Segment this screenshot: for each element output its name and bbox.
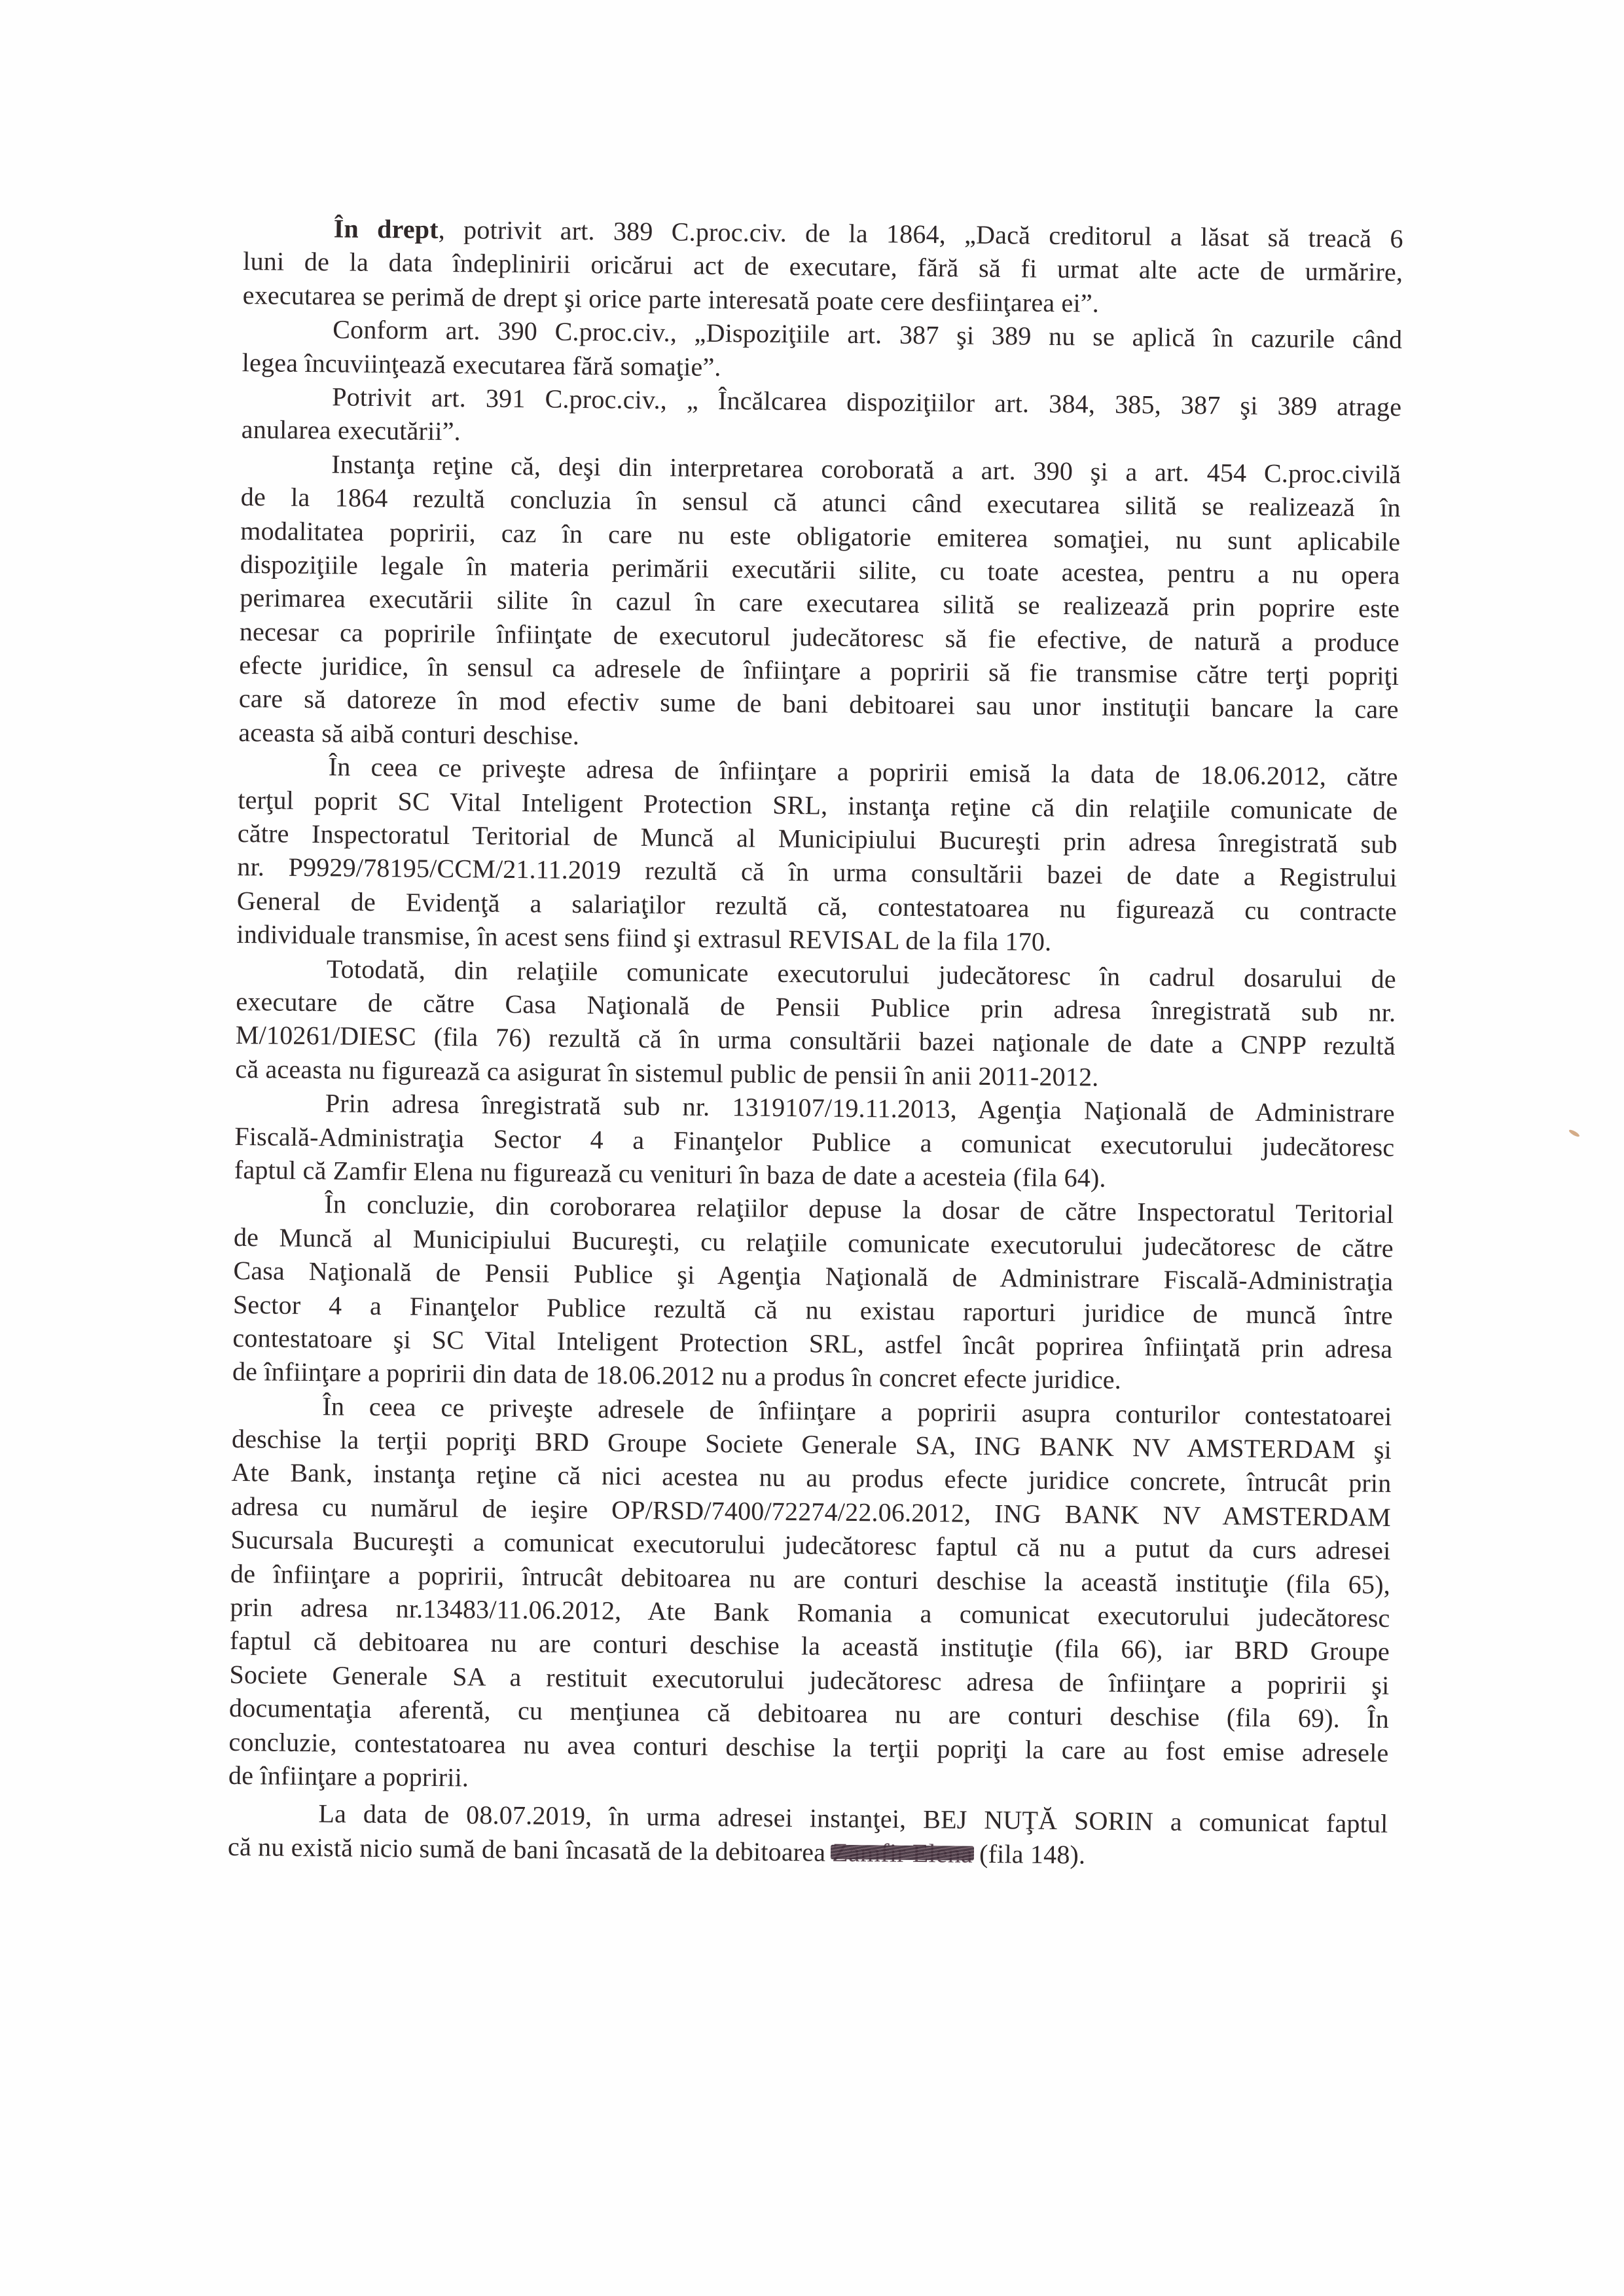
paragraph-adresa-18-06-2012: În ceea ce priveşte adresa de înfiinţare…	[236, 749, 1398, 962]
paragraph-concluzie-1: În concluzie, din coroborarea relaţiilor…	[232, 1186, 1394, 1399]
scanned-page: În drept, potrivit art. 389 C.proc.civ. …	[0, 0, 1624, 2296]
paragraph-anaf: Prin adresa înregistrată sub nr. 1319107…	[234, 1085, 1395, 1197]
paragraph-bej-nuta-sorin: La data de 08.07.2019, în urma adresei i…	[228, 1796, 1388, 1874]
paragraph-instanta-retine: Instanţa reţine că, deşi din interpretar…	[238, 446, 1401, 761]
document-body: În drept, potrivit art. 389 C.proc.civ. …	[228, 211, 1403, 1874]
paragraph-in-drept: În drept, potrivit art. 389 C.proc.civ. …	[243, 211, 1403, 323]
redacted-name: Zamfir Elena	[832, 1836, 973, 1870]
paragraph-art-390: Conform art. 390 C.proc.civ., „Dispoziţi…	[242, 312, 1403, 390]
scan-speck	[1568, 1129, 1581, 1138]
paragraph-conturi-banci: În ceea ce priveşte adresele de înfiinţa…	[228, 1389, 1392, 1804]
bold-lead: În drept	[334, 213, 439, 244]
paragraph-totodata-cnpp: Totodată, din relaţiile comunicate execu…	[235, 951, 1396, 1097]
paragraph-art-391: Potrivit art. 391 C.proc.civ., „ Încălca…	[242, 379, 1402, 458]
